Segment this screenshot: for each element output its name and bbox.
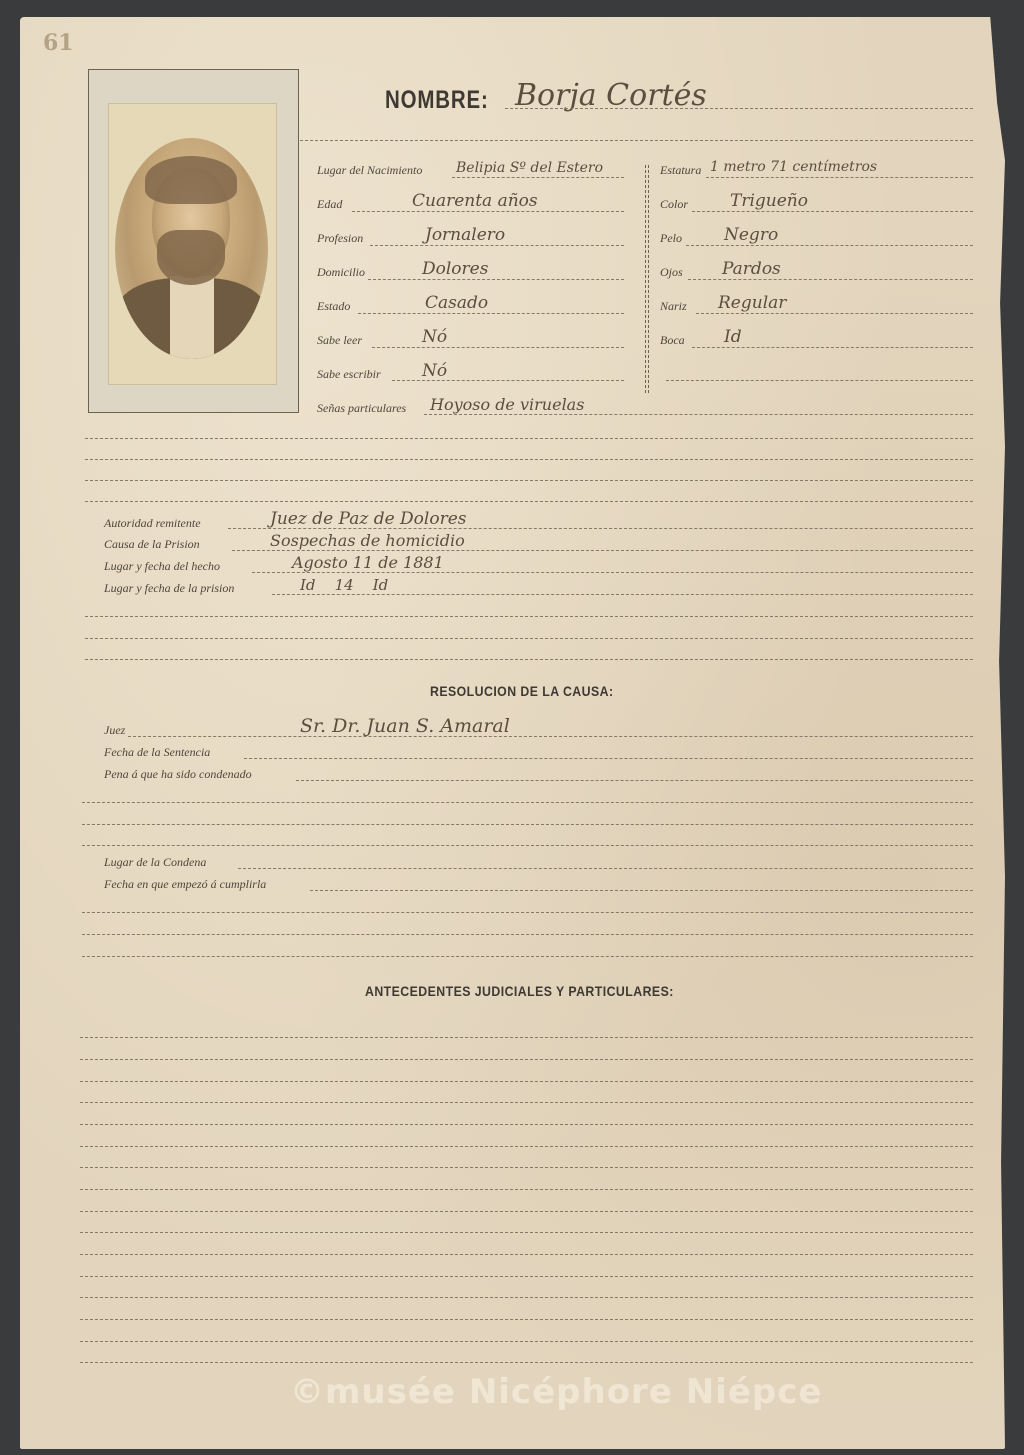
field-label: Edad <box>317 197 342 212</box>
field-value: Casado <box>425 293 488 313</box>
portrait-beard <box>157 230 225 285</box>
rule <box>352 211 624 212</box>
field-value: Agosto 11 de 1881 <box>292 553 444 572</box>
rule <box>80 1037 973 1038</box>
field-label: Autoridad remitente <box>104 516 201 531</box>
field-label: Pena á que ha sido condenado <box>104 767 252 782</box>
copyright-watermark: ©musée Nicéphore Niépce <box>290 1372 822 1412</box>
field-label: Ojos <box>660 265 683 280</box>
field-value: Nó <box>422 327 447 347</box>
field-label: Profesion <box>317 231 363 246</box>
field-value: Sr. Dr. Juan S. Amaral <box>300 715 510 737</box>
field-label: Estatura <box>660 163 701 178</box>
field-label: Lugar de la Condena <box>104 855 206 870</box>
field-value: Juez de Paz de Dolores <box>270 509 467 529</box>
field-value: Jornalero <box>425 225 505 245</box>
rule <box>82 845 973 846</box>
rule <box>82 912 973 913</box>
rule <box>80 1124 973 1125</box>
folio-number: 61 <box>43 30 74 56</box>
field-label: Sabe leer <box>317 333 362 348</box>
rule <box>688 279 973 280</box>
rule <box>692 211 973 212</box>
rule <box>706 177 973 178</box>
rule <box>392 380 624 381</box>
rule <box>80 1341 973 1342</box>
field-value: Trigueño <box>730 191 808 211</box>
rule <box>372 347 624 348</box>
rule <box>85 438 973 439</box>
rule <box>686 245 973 246</box>
rule <box>80 1081 973 1082</box>
rule <box>80 1254 973 1255</box>
field-value: Pardos <box>722 259 781 279</box>
field-value: Id 14 Id <box>300 576 388 594</box>
field-label: Color <box>660 197 688 212</box>
rule <box>82 802 973 803</box>
portrait-hair <box>145 156 237 204</box>
field-label: Causa de la Prision <box>104 537 200 552</box>
section-heading-antecedentes: ANTECEDENTES JUDICIALES Y PARTICULARES: <box>365 983 674 999</box>
rule <box>238 868 973 869</box>
rule <box>310 890 973 891</box>
rule <box>82 824 973 825</box>
field-label: Estado <box>317 299 350 314</box>
portrait-shirt <box>170 276 214 359</box>
rule <box>252 572 973 573</box>
rule <box>80 1362 973 1363</box>
section-heading-resolution: RESOLUCION DE LA CAUSA: <box>430 683 614 699</box>
field-label: Señas particulares <box>317 401 406 416</box>
rule <box>296 780 973 781</box>
field-label: Domicilio <box>317 265 365 280</box>
field-value: 1 metro 71 centímetros <box>710 159 877 175</box>
field-label: Fecha en que empezó á cumplirla <box>104 877 266 892</box>
field-label: Boca <box>660 333 685 348</box>
rule <box>128 736 973 737</box>
field-value: Negro <box>724 225 778 245</box>
rule <box>85 638 973 639</box>
field-label: Lugar y fecha de la prision <box>104 581 234 596</box>
column-divider <box>645 165 649 393</box>
rule <box>82 956 973 957</box>
rule <box>85 659 973 660</box>
field-value: Regular <box>718 293 786 313</box>
rule <box>82 934 973 935</box>
field-label: Lugar y fecha del hecho <box>104 559 220 574</box>
rule <box>80 1059 973 1060</box>
rule <box>85 480 973 481</box>
rule <box>80 1146 973 1147</box>
name-rule <box>505 108 973 109</box>
rule <box>85 616 973 617</box>
rule <box>692 347 973 348</box>
portrait-photo <box>115 138 268 359</box>
rule <box>358 313 624 314</box>
field-label: Juez <box>104 723 125 738</box>
field-label: Sabe escribir <box>317 367 381 382</box>
field-value: Nó <box>422 361 447 381</box>
rule <box>80 1297 973 1298</box>
rule <box>80 1167 973 1168</box>
rule <box>80 1232 973 1233</box>
field-label: Fecha de la Sentencia <box>104 745 210 760</box>
rule <box>244 758 973 759</box>
rule <box>424 414 973 415</box>
rule <box>232 550 973 551</box>
rule <box>80 1276 973 1277</box>
rule <box>370 245 624 246</box>
field-value: Hoyoso de viruelas <box>430 395 584 414</box>
rule <box>228 528 973 529</box>
field-value: Belipia Sº del Estero <box>456 160 603 176</box>
field-label: Lugar del Nacimiento <box>317 163 422 178</box>
rule <box>452 177 624 178</box>
rule <box>80 1102 973 1103</box>
rule <box>368 279 624 280</box>
rule <box>666 380 973 381</box>
rule <box>300 140 973 141</box>
field-label: Pelo <box>660 231 682 246</box>
field-value: Dolores <box>422 259 488 279</box>
rule <box>85 501 973 502</box>
rule <box>80 1319 973 1320</box>
field-value: Id <box>724 327 742 347</box>
rule <box>80 1189 973 1190</box>
name-label: NOMBRE: <box>385 86 489 115</box>
rule <box>80 1211 973 1212</box>
field-value: Cuarenta años <box>412 191 538 211</box>
field-value: Sospechas de homicidio <box>270 531 465 550</box>
rule <box>696 313 973 314</box>
rule <box>272 594 973 595</box>
field-label: Nariz <box>660 299 687 314</box>
rule <box>85 459 973 460</box>
